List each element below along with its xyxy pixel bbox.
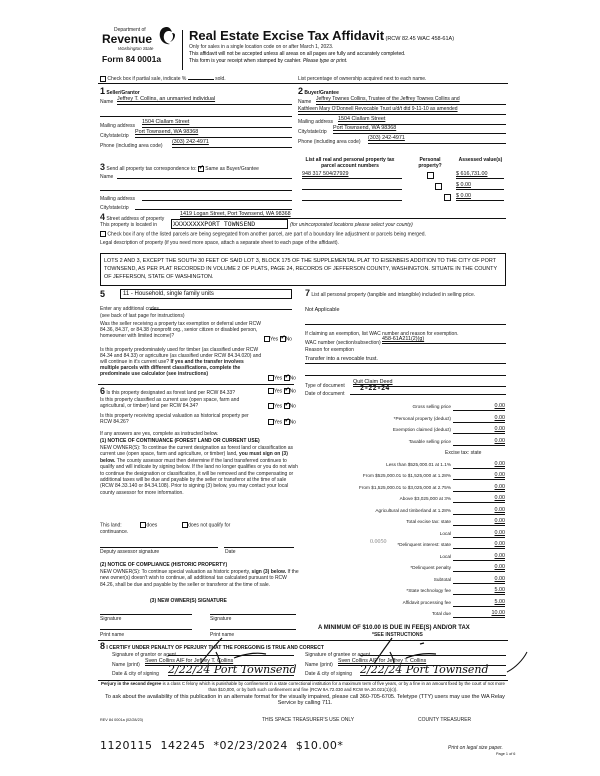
tax-row-label: *Delinquent penalty (410, 565, 451, 571)
tax-row-label: Total excise tax: state (406, 519, 451, 525)
personal-property-field[interactable]: Not Applicable (305, 307, 506, 325)
owner-sig-label-1: Signature (100, 616, 121, 622)
q-current-use-yes[interactable] (268, 403, 274, 409)
tax-row-value[interactable]: 0.00 (453, 403, 505, 411)
partial-sale-row: Check box if partial sale, indicate % so… (100, 75, 226, 82)
tax-row: Gross selling price 0.00 (305, 403, 505, 413)
divider (98, 384, 294, 385)
tax-row-value[interactable]: 0.00 (453, 553, 505, 561)
local-rate: 0.0050 (370, 539, 387, 546)
owner-sig-label-2: Signature (210, 616, 231, 622)
form-number: Form 84 0001a (102, 54, 161, 64)
deputy-date-line (224, 547, 294, 548)
legal-label: Legal description of property (if you ne… (100, 240, 339, 246)
partial-sale-percent-field[interactable] (188, 75, 214, 80)
wac-field[interactable]: 458-61A211(2)(g) (382, 336, 506, 344)
signature-flourish (505, 650, 529, 674)
tax-row-label: Above $3,025,000 at 3% (400, 496, 451, 502)
owner-print-line-2 (210, 629, 296, 630)
tax-row-value[interactable]: 5.00 (453, 587, 505, 595)
q-timber-answer: Yes No (268, 375, 296, 381)
corr-name-field[interactable] (117, 171, 292, 179)
buyer-name-field[interactable]: Jeffrey Townes Collins, Trustee of the J… (316, 96, 506, 105)
doc-type-label: Type of document (305, 383, 345, 389)
tax-row-value[interactable]: 0.00 (453, 495, 505, 503)
tax-row: Less than $525,000.01 at 1.1% 0.00 (305, 461, 505, 471)
personal-property-checkbox[interactable] (427, 172, 434, 179)
corr-mailing-label: Mailing address (100, 196, 135, 202)
owner-sig-line-1 (100, 614, 192, 615)
tax-row: Exemption claimed (deduct) 0.00 (305, 426, 505, 436)
buyer-city-field[interactable]: Port Townsend, WA 98368 (333, 125, 506, 134)
county-treasurer: COUNTY TREASURER (418, 717, 471, 723)
doc-date-stamp: 2-22-24 (360, 384, 390, 392)
tax-section-label: Excise tax: state (445, 450, 481, 456)
land-does-checkbox[interactable] (140, 522, 146, 528)
q-timber-yes[interactable] (268, 375, 274, 381)
tax-row: From $1,525,000.01 to $3,025,000 at 2.75… (305, 484, 505, 494)
page-number: Page 1 of 6 (496, 752, 515, 757)
personal-property-checkbox[interactable] (435, 183, 442, 190)
personal-property-checkbox[interactable] (444, 194, 451, 201)
page-title: Real Estate Excise Tax Affidavit (RCW 82… (189, 28, 454, 44)
tax-row: Subtotal 0.00 (305, 576, 505, 586)
revenue-swirl-icon (158, 26, 176, 46)
assessed-value-field[interactable]: $ 616,731.00 (456, 171, 504, 179)
owner-print-line-1 (100, 629, 192, 630)
buyer-phone-label: Phone (including area code) (298, 139, 361, 145)
seller-mailing-field[interactable]: 1504 Clallam Street (142, 119, 292, 128)
location-code-field[interactable]: XXXXXXXXPORT TOWNSEND (171, 219, 288, 229)
tax-row: *Personal property (deduct) 0.00 (305, 415, 505, 425)
header-note1: Only for sales in a single location code… (189, 44, 333, 50)
tax-row-label: Agricultural and timberland at 1.28% (375, 508, 451, 514)
tax-row-value[interactable]: 10.00 (453, 610, 505, 618)
tax-row-value[interactable]: 0.00 (453, 472, 505, 480)
doc-date-label: Date of document (305, 391, 344, 397)
q-historic: Is this property receiving special valua… (100, 413, 250, 425)
tax-row: *Delinquent interest: state 0.00 (305, 541, 505, 551)
ownership-note: List percentage of ownership acquired ne… (298, 76, 426, 82)
q-current-use-answer: Yes No (268, 403, 296, 409)
segregated-row: Check box if any of the listed parcels a… (100, 231, 426, 237)
q-forest-yes[interactable] (268, 388, 274, 394)
buyer-name-label: Name (298, 99, 311, 105)
q-historic-answer: Yes No (268, 419, 296, 425)
tax-row: Agricultural and timberland at 1.28% 0.0… (305, 507, 505, 517)
located-note: (for unincorporated locations please sel… (290, 222, 413, 228)
this-land-row: This land: does does not qualify for (100, 522, 230, 528)
corr-city-label: City/state/zip (100, 205, 129, 211)
tax-row-label: Local (440, 531, 451, 537)
notice2-title: (2) NOTICE OF COMPLIANCE (HISTORIC PROPE… (100, 562, 227, 568)
q-historic-yes[interactable] (268, 419, 274, 425)
dept-line3: Washington State (118, 46, 153, 51)
treasurer-use-only: THIS SPACE TREASURER'S USE ONLY (262, 717, 354, 723)
street-field[interactable]: 1419 Logan Street, Port Townsend, WA 983… (180, 211, 506, 219)
tax-row-label: From $1,525,000.01 to $3,025,000 at 2.75… (359, 485, 451, 491)
seller-name-label: Name (100, 99, 113, 105)
divider (98, 83, 508, 84)
seller-phone-field[interactable]: (303) 242-4971 (172, 139, 292, 148)
reason-field-2[interactable] (305, 368, 506, 376)
tax-row-value[interactable]: 0.00 (453, 518, 505, 526)
tax-row-label: Exemption claimed (deduct) (393, 427, 451, 433)
seller-name-field-2[interactable] (100, 108, 292, 117)
deputy-date-label: Date (225, 549, 236, 555)
continuance-label: continuance. (100, 529, 128, 535)
grantor-date-field[interactable]: 2/22/24 Port Townsend (168, 667, 294, 676)
tax-row: Taxable selling price 0.00 (305, 438, 505, 448)
corr-name-label: Name (100, 174, 113, 180)
q-exemption-answer: Yes No (264, 336, 292, 342)
corr-name-field-2[interactable] (100, 183, 292, 191)
q-exemption: Was the seller receiving a property tax … (100, 321, 262, 339)
seller-mailing-label: Mailing address (100, 123, 135, 129)
dept-line2: Revenue (102, 32, 152, 46)
tax-row-value[interactable]: 0.00 (453, 507, 505, 515)
partial-sale-checkbox[interactable] (100, 76, 106, 82)
legal-description-box[interactable]: LOTS 2 AND 3, EXCEPT THE SOUTH 30 FEET O… (100, 253, 506, 286)
print-legal-note: Print on legal size paper. (448, 745, 503, 751)
buyer-mailing-label: Mailing address (298, 119, 333, 125)
q-exemption-yes[interactable] (264, 336, 270, 342)
parcel-header: List all real and personal property tax … (305, 157, 395, 169)
wac-label: WAC number (section/subsection) (305, 340, 381, 346)
q-forest-no[interactable] (284, 388, 290, 394)
dor-logo: Department of Revenue Washington State F… (100, 27, 180, 67)
tax-row-value[interactable]: 0.00 (453, 415, 505, 423)
notice1-text: NEW OWNER(S): To continue the current de… (100, 445, 300, 496)
seller-name-field[interactable]: Jeffrey T. Collins, an unmarried individ… (117, 96, 292, 105)
perjury-notice: Perjury in the second degree is a class … (98, 681, 508, 692)
personal-header: Personal property? (415, 157, 445, 169)
if-yes-note: If any answers are yes, complete as inst… (100, 431, 218, 437)
seller-phone-label: Phone (including area code) (100, 143, 163, 149)
assessed-value-field[interactable]: $ 0.00 (456, 193, 504, 201)
q-current-use: Is this property classified as current u… (100, 397, 260, 409)
q-exemption-no[interactable] (280, 336, 286, 342)
tax-row-value[interactable]: 0.00 (453, 541, 505, 549)
tax-row: *Delinquent penalty 0.00 (305, 564, 505, 574)
buyer-phone-field[interactable]: (303) 242-4971 (368, 135, 506, 144)
corr-mailing-field[interactable] (142, 193, 292, 201)
grantee-name-label: Name (print) (305, 662, 333, 668)
tax-row-label: Gross selling price (412, 404, 451, 410)
tax-row-value[interactable]: 0.00 (453, 438, 505, 446)
tax-row: Local 0.00 (305, 553, 505, 563)
treasurer-stamp: 1120115 142245 *02/23/2024 $10.00* (100, 739, 343, 752)
tax-row-label: Less than $525,000.01 at 1.1% (386, 462, 451, 468)
additional-codes-field[interactable] (150, 303, 292, 310)
tax-row-label: Subtotal (434, 577, 451, 583)
tax-row-value[interactable]: 0.00 (453, 530, 505, 538)
seller-city-label: City/state/zip (100, 133, 129, 139)
land-does-not-checkbox[interactable] (182, 522, 188, 528)
tax-row: *State technology fee 5.00 (305, 587, 505, 597)
segregated-checkbox[interactable] (100, 231, 106, 237)
reason-field[interactable]: Transfer into a revocable trust. (305, 356, 506, 364)
tax-row-label: *Personal property (deduct) (394, 416, 451, 422)
grantee-date-field[interactable]: 2/22/24 Port Townsend (360, 667, 506, 676)
deputy-signature-line (100, 547, 218, 548)
assessed-value-field[interactable]: $ 0.00 (456, 182, 504, 190)
section5-num: 5 (100, 289, 105, 300)
q-current-use-no[interactable] (284, 403, 290, 409)
rev-number: REV 84 0001a (02/28/23) (100, 718, 143, 723)
tax-row: Total due 10.00 (305, 610, 505, 620)
header-note3: This form is your receipt when stamped b… (189, 58, 347, 64)
tax-row-label: *Delinquent interest: state (397, 542, 451, 548)
tax-row: Affidavit processing fee 5.00 (305, 599, 505, 609)
buyer-mailing-field[interactable]: 1504 Clallam Street (338, 116, 506, 125)
tax-row: Local 0.00 (305, 530, 505, 540)
additional-codes-note: (see back of last page for instructions) (100, 313, 185, 319)
accessibility-notice: To ask about the availability of this pu… (105, 694, 505, 706)
tax-row-label: *State technology fee (406, 588, 451, 594)
corr-city-field[interactable] (135, 202, 292, 210)
tax-row: From $525,000.01 to $1,525,000 at 1.28% … (305, 472, 505, 482)
tax-row-value[interactable]: 0.00 (453, 564, 505, 572)
q-timber-no[interactable] (284, 375, 290, 381)
owner-print-label-1: Print name (100, 632, 124, 638)
tax-row-label: Local (440, 554, 451, 560)
grantor-date-label: Date & city of signing (112, 671, 159, 677)
located-label: This property is located in (100, 222, 157, 228)
parcel-number-field[interactable]: 948 317 504/27929 (302, 171, 402, 179)
owner-sig-line-2 (210, 614, 296, 615)
tax-row-value[interactable]: 0.00 (453, 576, 505, 584)
notice1-title: (1) NOTICE OF CONTINUANCE (FOREST LAND O… (100, 438, 260, 444)
tax-row-value[interactable]: 5.00 (453, 599, 505, 607)
grantor-name-label: Name (print) (112, 662, 140, 668)
q-forest-answer: Yes No (268, 388, 296, 394)
tax-row-label: From $525,000.01 to $1,525,000 at 1.28% (363, 473, 451, 479)
assessed-header: Assessed value(s) (458, 157, 503, 163)
tax-row-label: Affidavit processing fee (403, 600, 451, 606)
seller-city-field[interactable]: Port Townsend, WA 98368 (135, 129, 292, 138)
parcel-number-field[interactable] (302, 182, 402, 190)
buyer-name-field-2[interactable]: Kathleen Mary O'Donnell Revocable Trust … (298, 106, 506, 115)
tax-row-label: Taxable selling price (409, 439, 451, 445)
q-forest: 6 Is this property designated as forest … (100, 386, 235, 397)
buyer-city-label: City/state/zip (298, 129, 327, 135)
new-owner-sig-heading: (3) NEW OWNER(S) SIGNATURE (150, 598, 227, 604)
tax-row-value[interactable]: 0.00 (453, 426, 505, 434)
tax-row-label: Total due (432, 611, 451, 617)
q-historic-no[interactable] (284, 419, 290, 425)
personal-property-label: 7 List all personal property (tangible a… (305, 288, 505, 299)
q-timber: Is this property predominately used for … (100, 347, 262, 377)
tax-row: Total excise tax: state 0.00 (305, 518, 505, 528)
header-note2: This affidavit will not be accepted unle… (189, 51, 405, 57)
use-code-select[interactable]: 11 - Household, single family units (120, 289, 292, 299)
parcel-number-field[interactable] (302, 193, 402, 201)
tax-row-value[interactable]: 0.00 (453, 461, 505, 469)
tax-row-value[interactable]: 0.00 (453, 484, 505, 492)
reason-label: Reason for exemption (305, 347, 354, 353)
deputy-label: Deputy assessor signature (100, 549, 159, 555)
header-divider (182, 30, 183, 70)
notice2-text: NEW OWNER(S): To continue special valuat… (100, 569, 300, 588)
grantee-date-label: Date & city of signing (305, 671, 352, 677)
tax-row: Above $3,025,000 at 3% 0.00 (305, 495, 505, 505)
